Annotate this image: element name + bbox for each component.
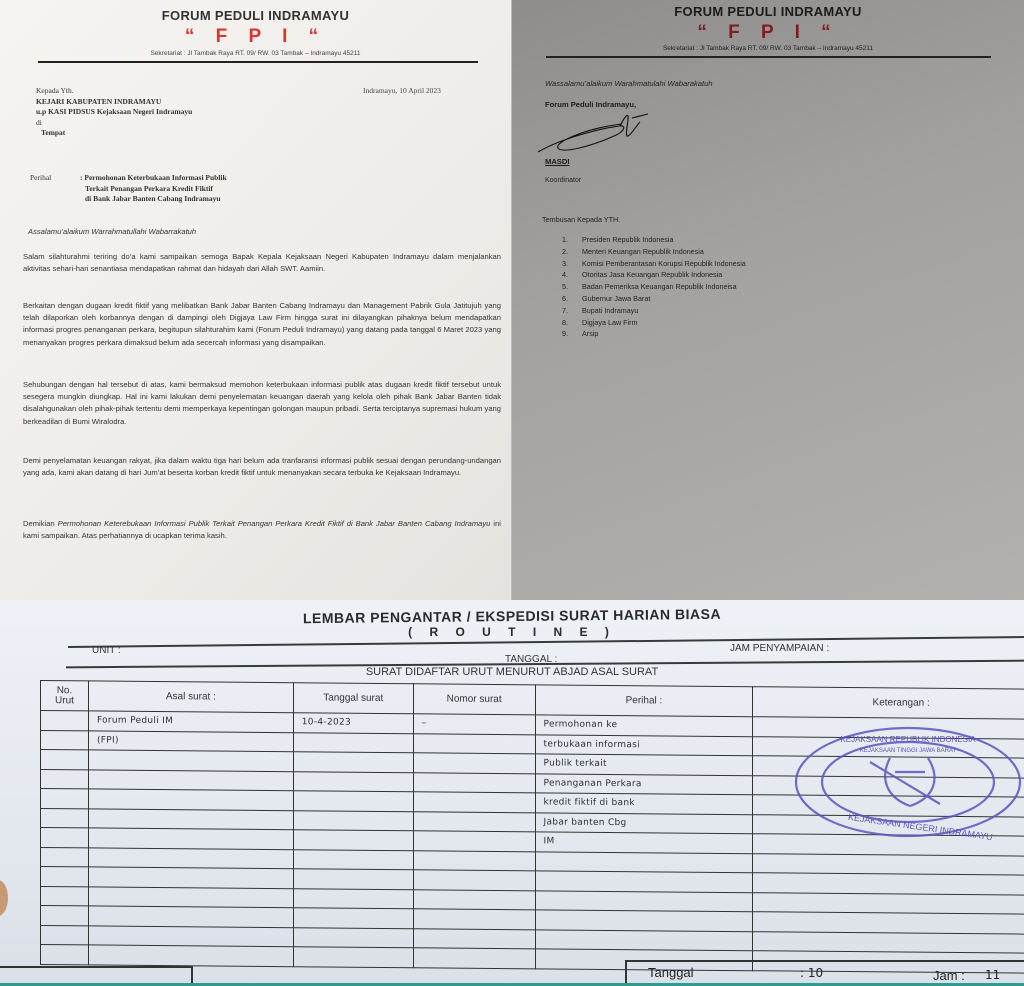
table-cell[interactable] [413, 811, 535, 832]
table-cell[interactable] [413, 948, 535, 969]
table-cell[interactable] [293, 849, 413, 870]
column-header: No. Urut [41, 681, 89, 711]
table-cell[interactable]: (FPI) [88, 730, 293, 751]
table-cell[interactable] [293, 830, 413, 851]
table-cell[interactable] [41, 711, 89, 731]
subject-line: Terkait Penangan Perkara Kredit Fiktif [80, 184, 227, 195]
letter-page-1: FORUM PEDULI INDRAMAYU “ F P I “ Sekreta… [0, 0, 512, 600]
table-cell[interactable]: Penanganan Perkara [535, 773, 753, 794]
cc-item: 1.Presiden Republik Indonesia [562, 234, 746, 246]
subject-line: di Bank Jabar Banten Cabang Indramayu [80, 194, 227, 205]
table-cell[interactable] [293, 927, 413, 948]
table-cell[interactable] [88, 867, 293, 888]
cc-list: 1.Presiden Republik Indonesia2.Menteri K… [562, 234, 746, 340]
recipient-block: Kepada Yth. KEJARI KABUPATEN INDRAMAYU u… [36, 86, 192, 139]
table-cell[interactable] [41, 769, 89, 789]
receipt-time-label: Jam : [933, 968, 965, 983]
cc-title: Tembusan Kepada YTH. [542, 215, 620, 224]
table-cell[interactable] [535, 910, 753, 931]
cc-label: Otoritas Jasa Keuangan Republik Indonesi… [582, 270, 722, 279]
letter-page-2: FORUM PEDULI INDRAMAYU “ F P I “ Sekreta… [512, 0, 1024, 600]
jam-penyampaian-label: JAM PENYAMPAIAN : [730, 643, 829, 654]
closing-prefix: Demikian [23, 519, 58, 528]
table-cell[interactable] [293, 810, 413, 831]
cc-item: 2.Menteri Keuangan Republik Indonesia [562, 246, 746, 258]
table-cell[interactable] [88, 828, 293, 849]
cc-item: 4.Otoritas Jasa Keuangan Republik Indone… [562, 269, 746, 281]
recipient-line: di [36, 118, 192, 129]
table-cell[interactable]: IM [535, 832, 753, 853]
subject-label: Perihal [30, 173, 80, 205]
table-cell[interactable] [41, 925, 89, 945]
closing-paragraph: Demikian Permohonan Keterebukaan Informa… [23, 518, 501, 542]
svg-text:KEJAKSAAN REPUBLIK INDONESIA: KEJAKSAAN REPUBLIK INDONESIA [840, 735, 976, 744]
table-cell[interactable] [41, 730, 89, 750]
table-cell[interactable]: Jabar banten Cbg [535, 812, 753, 833]
table-cell[interactable] [88, 769, 293, 790]
table-cell[interactable]: – [413, 714, 535, 735]
subject-block: Perihal : Permohonan Keterbukaan Informa… [30, 173, 227, 205]
table-cell[interactable] [88, 886, 293, 907]
official-stamp-icon: KEJAKSAAN REPUBLIK INDONESIA KEJAKSAAN T… [790, 722, 1022, 840]
table-cell[interactable] [413, 792, 535, 813]
table-cell[interactable] [535, 871, 753, 892]
cc-number: 4. [562, 269, 582, 281]
table-cell[interactable] [753, 892, 1024, 914]
table-cell[interactable] [88, 906, 293, 927]
table-cell[interactable]: 10-4-2023 [293, 713, 413, 734]
section-title: SURAT DIDAFTAR URUT MENURUT ABJAD ASAL S… [0, 666, 1024, 678]
letterhead-abbr: “ F P I “ [0, 26, 511, 48]
cc-item: 6.Gubernur Jawa Barat [562, 293, 746, 305]
cc-item: 7.Bupati Indramayu [562, 305, 746, 317]
table-cell[interactable] [293, 888, 413, 909]
signer-role: Koordinator [545, 177, 581, 184]
cc-number: 5. [562, 281, 582, 293]
receipt-date-value: : 10 [800, 966, 823, 980]
table-cell[interactable] [413, 889, 535, 910]
signature-icon [532, 108, 652, 158]
cc-label: Komisi Pemberantasan Korupsi Republik In… [582, 259, 746, 268]
table-cell[interactable]: Forum Peduli IM [88, 711, 293, 732]
letterhead-address: Sekretariat : Jl Tambak Raya RT. 09/ RW.… [0, 50, 511, 57]
cc-label: Badan Pemeriksa Keuangan Republik Indone… [582, 282, 737, 291]
table-cell[interactable]: kredit fiktif di bank [535, 793, 753, 814]
table-cell[interactable] [41, 808, 89, 828]
letterhead-abbr: “ F P I “ [512, 22, 1024, 44]
table-cell[interactable] [41, 945, 89, 965]
table-cell[interactable] [535, 851, 753, 872]
table-cell[interactable] [88, 925, 293, 946]
closing-italic: Permohonan Keterebukaan Informasi Publik… [58, 519, 491, 528]
table-cell[interactable] [293, 752, 413, 773]
table-cell[interactable] [41, 847, 89, 867]
body-paragraph: Demi penyelamatan keuangan rakyat, jika … [23, 455, 501, 479]
cc-label: Gubernur Jawa Barat [582, 294, 650, 303]
cc-number: 1. [562, 234, 582, 246]
table-cell[interactable] [41, 886, 89, 906]
cc-item: 9.Arsip [562, 328, 746, 340]
unit-label: UNIT : [92, 645, 121, 656]
table-cell[interactable] [293, 791, 413, 812]
table-cell[interactable] [413, 909, 535, 930]
body-paragraph: Sehubungan dengan hal tersebut di atas, … [23, 379, 501, 428]
receipt-time-value: 11 [985, 968, 1000, 982]
table-cell[interactable] [413, 753, 535, 774]
greeting: Assalamu’alaikum Warrahmatullahi Wabarra… [28, 227, 196, 236]
column-header: Asal surat : [88, 681, 293, 713]
cc-item: 3.Komisi Pemberantasan Korupsi Republik … [562, 258, 746, 270]
column-header: Keterangan : [753, 687, 1024, 720]
recipient-line: Kepada Yth. [36, 86, 192, 97]
table-cell[interactable] [88, 945, 293, 966]
cc-label: Bupati Indramayu [582, 306, 638, 315]
table-cell[interactable] [293, 869, 413, 890]
cc-number: 2. [562, 246, 582, 258]
svg-text:KEJAKSAAN TINGGI JAWA BARAT: KEJAKSAAN TINGGI JAWA BARAT [860, 748, 957, 754]
table-cell[interactable] [753, 853, 1024, 875]
column-header: Nomor surat [413, 684, 535, 715]
table-cell[interactable] [293, 908, 413, 929]
cc-label: Digjaya Law Firm [582, 318, 638, 327]
cc-label: Arsip [582, 329, 598, 338]
table-cell[interactable]: terbukaan informasi [535, 734, 753, 755]
cc-item: 5.Badan Pemeriksa Keuangan Republik Indo… [562, 281, 746, 293]
letter-date: Indramayu, 10 April 2023 [363, 86, 441, 95]
table-cell[interactable] [413, 772, 535, 793]
table-cell[interactable] [293, 947, 413, 968]
table-cell[interactable] [413, 850, 535, 871]
letterhead-divider [38, 61, 478, 63]
table-cell[interactable] [753, 912, 1024, 934]
table-cell[interactable]: Permohonan ke [535, 715, 753, 736]
cc-number: 7. [562, 305, 582, 317]
table-cell[interactable] [293, 771, 413, 792]
table-cell[interactable] [88, 789, 293, 810]
table-cell[interactable] [41, 906, 89, 926]
cc-number: 9. [562, 328, 582, 340]
table-cell[interactable] [88, 847, 293, 868]
cc-number: 3. [562, 258, 582, 270]
subject-line: : Permohonan Keterbukaan Informasi Publi… [80, 173, 227, 184]
signer-name: MASDI [545, 157, 569, 166]
letterhead-divider [546, 56, 991, 58]
recipient-place: Tempat [36, 128, 192, 139]
table-cell[interactable] [413, 928, 535, 949]
column-header: Tanggal surat [293, 683, 413, 714]
table-cell[interactable] [753, 873, 1024, 895]
letterhead-address: Sekretariat : Jl Tambak Raya RT. 09/ RW.… [512, 45, 1024, 52]
recipient-attention: u.p KASI PIDSUS Kejaksaan Negeri Indrama… [36, 107, 192, 118]
closing-salutation: Wassalamu’alaikum Warahmatulahi Wabaraka… [545, 79, 713, 88]
letterhead-org-name: FORUM PEDULI INDRAMAYU [0, 8, 511, 23]
cc-label: Presiden Republik Indonesia [582, 235, 674, 244]
table-cell[interactable] [535, 929, 753, 950]
table-cell[interactable] [753, 931, 1024, 953]
cc-number: 8. [562, 317, 582, 329]
table-cell[interactable] [41, 828, 89, 848]
cc-label: Menteri Keuangan Republik Indonesia [582, 247, 704, 256]
table-cell[interactable] [88, 750, 293, 771]
table-cell[interactable] [293, 732, 413, 753]
body-paragraph: Berkaitan dengan dugaan kredit fiktif ya… [23, 300, 501, 349]
receipt-date-label: Tanggal [648, 965, 694, 980]
table-cell[interactable] [413, 870, 535, 891]
cc-number: 6. [562, 293, 582, 305]
column-header: Perihal : [535, 685, 753, 717]
letterhead-org-name: FORUM PEDULI INDRAMAYU [512, 4, 1024, 19]
recipient-office: KEJARI KABUPATEN INDRAMAYU [36, 97, 192, 108]
table-cell[interactable]: Publik terkait [535, 754, 753, 775]
cc-item: 8.Digjaya Law Firm [562, 317, 746, 329]
table-cell[interactable] [41, 789, 89, 809]
table-cell[interactable] [413, 831, 535, 852]
table-cell[interactable] [88, 808, 293, 829]
body-paragraph: Salam silahturahmi teriring do’a kami sa… [23, 251, 501, 275]
table-cell[interactable] [41, 867, 89, 887]
table-cell[interactable] [41, 750, 89, 770]
table-cell[interactable] [535, 890, 753, 911]
table-cell[interactable] [413, 733, 535, 754]
